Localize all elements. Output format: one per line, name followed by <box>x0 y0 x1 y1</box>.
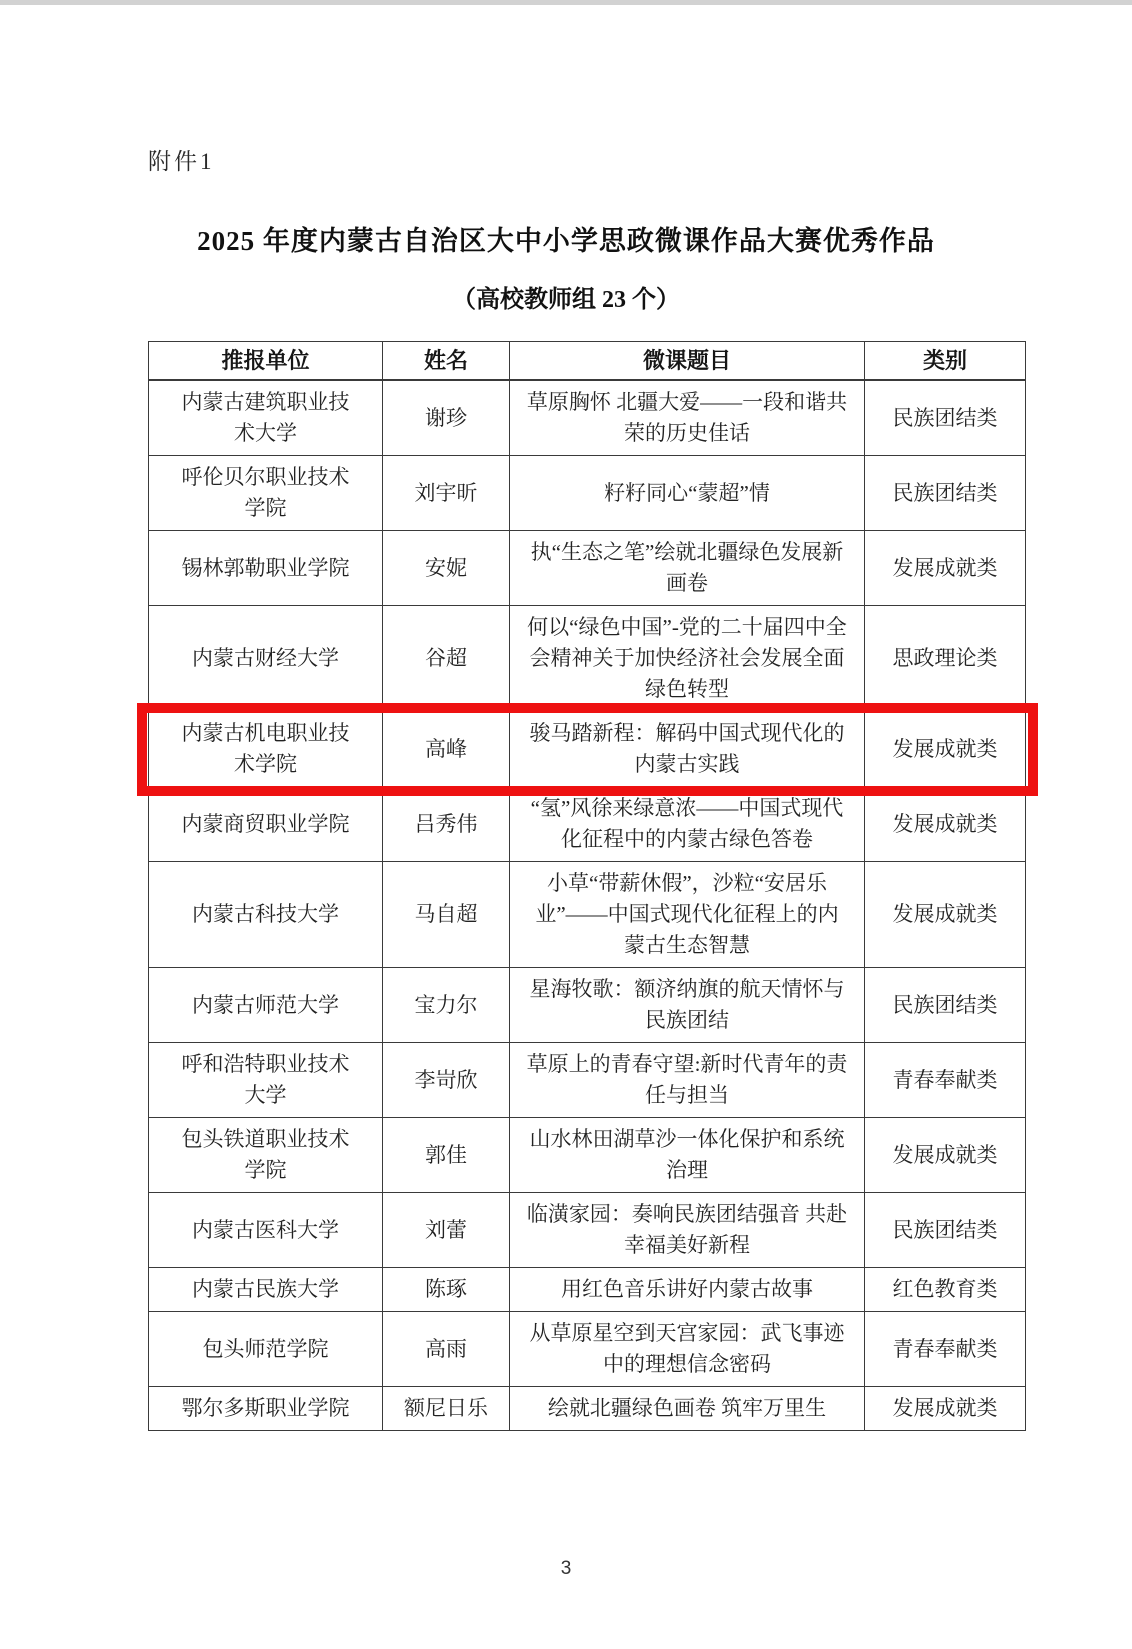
table-row: 包头铁道职业技术学院郭佳山水林田湖草沙一体化保护和系统治理发展成就类 <box>149 1118 1026 1193</box>
category-cell: 青春奉献类 <box>865 1312 1026 1387</box>
unit-cell: 包头师范学院 <box>149 1312 383 1387</box>
title-cell: 从草原星空到天宫家园：武飞事迹中的理想信念密码 <box>510 1312 865 1387</box>
unit-cell: 内蒙古科技大学 <box>149 862 383 968</box>
unit-cell: 锡林郭勒职业学院 <box>149 531 383 606</box>
name-cell: 刘蕾 <box>383 1193 510 1268</box>
category-cell: 青春奉献类 <box>865 1043 1026 1118</box>
unit-cell: 内蒙古机电职业技术学院 <box>149 712 383 787</box>
unit-cell: 鄂尔多斯职业学院 <box>149 1387 383 1431</box>
category-cell: 民族团结类 <box>865 380 1026 456</box>
unit-cell: 呼伦贝尔职业技术学院 <box>149 456 383 531</box>
award-table: 推报单位姓名微课题目类别 内蒙古建筑职业技术大学谢珍草原胸怀 北疆大爱——一段和… <box>148 341 1026 1431</box>
category-cell: 发展成就类 <box>865 712 1026 787</box>
header-row: 推报单位姓名微课题目类别 <box>149 342 1026 381</box>
name-cell: 马自超 <box>383 862 510 968</box>
category-cell: 民族团结类 <box>865 456 1026 531</box>
table-row: 内蒙商贸职业学院吕秀伟“氢”风徐来绿意浓——中国式现代化征程中的内蒙古绿色答卷发… <box>149 787 1026 862</box>
unit-cell: 呼和浩特职业技术大学 <box>149 1043 383 1118</box>
table-row: 内蒙古师范大学宝力尔星海牧歌：额济纳旗的航天情怀与民族团结民族团结类 <box>149 968 1026 1043</box>
unit-cell: 内蒙古财经大学 <box>149 606 383 712</box>
title-cell: 山水林田湖草沙一体化保护和系统治理 <box>510 1118 865 1193</box>
unit-cell: 内蒙商贸职业学院 <box>149 787 383 862</box>
title-cell: 执“生态之笔”绘就北疆绿色发展新画卷 <box>510 531 865 606</box>
category-cell: 发展成就类 <box>865 1118 1026 1193</box>
table-row: 内蒙古机电职业技术学院高峰骏马踏新程：解码中国式现代化的内蒙古实践发展成就类 <box>149 712 1026 787</box>
table-row: 内蒙古财经大学谷超何以“绿色中国”-党的二十届四中全会精神关于加快经济社会发展全… <box>149 606 1026 712</box>
name-cell: 安妮 <box>383 531 510 606</box>
category-cell: 发展成就类 <box>865 787 1026 862</box>
table-row: 内蒙古民族大学陈琢用红色音乐讲好内蒙古故事红色教育类 <box>149 1268 1026 1312</box>
table-row: 锡林郭勒职业学院安妮执“生态之笔”绘就北疆绿色发展新画卷发展成就类 <box>149 531 1026 606</box>
title-cell: 籽籽同心“蒙超”情 <box>510 456 865 531</box>
title-cell: 何以“绿色中国”-党的二十届四中全会精神关于加快经济社会发展全面绿色转型 <box>510 606 865 712</box>
category-cell: 民族团结类 <box>865 1193 1026 1268</box>
category-cell: 红色教育类 <box>865 1268 1026 1312</box>
col-header-name: 姓名 <box>383 342 510 381</box>
title-cell: 小草“带薪休假”，沙粒“安居乐业”——中国式现代化征程上的内蒙古生态智慧 <box>510 862 865 968</box>
category-cell: 思政理论类 <box>865 606 1026 712</box>
table-row: 呼伦贝尔职业技术学院刘宇昕籽籽同心“蒙超”情民族团结类 <box>149 456 1026 531</box>
name-cell: 李岢欣 <box>383 1043 510 1118</box>
title-cell: 用红色音乐讲好内蒙古故事 <box>510 1268 865 1312</box>
category-cell: 发展成就类 <box>865 1387 1026 1431</box>
col-header-unit: 推报单位 <box>149 342 383 381</box>
document-subtitle: （高校教师组 23 个） <box>0 279 1132 314</box>
title-cell: 草原上的青春守望:新时代青年的责任与担当 <box>510 1043 865 1118</box>
title-cell: 星海牧歌：额济纳旗的航天情怀与民族团结 <box>510 968 865 1043</box>
table-row: 内蒙古科技大学马自超小草“带薪休假”，沙粒“安居乐业”——中国式现代化征程上的内… <box>149 862 1026 968</box>
title-cell: “氢”风徐来绿意浓——中国式现代化征程中的内蒙古绿色答卷 <box>510 787 865 862</box>
category-cell: 发展成就类 <box>865 862 1026 968</box>
name-cell: 谢珍 <box>383 380 510 456</box>
name-cell: 吕秀伟 <box>383 787 510 862</box>
table-row: 内蒙古医科大学刘蕾临潢家园：奏响民族团结强音 共赴幸福美好新程民族团结类 <box>149 1193 1026 1268</box>
name-cell: 陈琢 <box>383 1268 510 1312</box>
name-cell: 高峰 <box>383 712 510 787</box>
unit-cell: 包头铁道职业技术学院 <box>149 1118 383 1193</box>
unit-cell: 内蒙古建筑职业技术大学 <box>149 380 383 456</box>
table-row: 呼和浩特职业技术大学李岢欣草原上的青春守望:新时代青年的责任与担当青春奉献类 <box>149 1043 1026 1118</box>
name-cell: 额尼日乐 <box>383 1387 510 1431</box>
name-cell: 高雨 <box>383 1312 510 1387</box>
award-table-header: 推报单位姓名微课题目类别 <box>149 342 1026 381</box>
title-cell: 草原胸怀 北疆大爱——一段和谐共荣的历史佳话 <box>510 380 865 456</box>
top-edge-strip <box>0 0 1132 5</box>
title-cell: 骏马踏新程：解码中国式现代化的内蒙古实践 <box>510 712 865 787</box>
category-cell: 发展成就类 <box>865 531 1026 606</box>
name-cell: 郭佳 <box>383 1118 510 1193</box>
name-cell: 刘宇昕 <box>383 456 510 531</box>
table-row: 鄂尔多斯职业学院额尼日乐绘就北疆绿色画卷 筑牢万里生发展成就类 <box>149 1387 1026 1431</box>
unit-cell: 内蒙古民族大学 <box>149 1268 383 1312</box>
unit-cell: 内蒙古医科大学 <box>149 1193 383 1268</box>
table-row: 内蒙古建筑职业技术大学谢珍草原胸怀 北疆大爱——一段和谐共荣的历史佳话民族团结类 <box>149 380 1026 456</box>
col-header-category: 类别 <box>865 342 1026 381</box>
name-cell: 谷超 <box>383 606 510 712</box>
table-row: 包头师范学院高雨从草原星空到天宫家园：武飞事迹中的理想信念密码青春奉献类 <box>149 1312 1026 1387</box>
col-header-title: 微课题目 <box>510 342 865 381</box>
unit-cell: 内蒙古师范大学 <box>149 968 383 1043</box>
title-cell: 临潢家园：奏响民族团结强音 共赴幸福美好新程 <box>510 1193 865 1268</box>
award-table-body: 内蒙古建筑职业技术大学谢珍草原胸怀 北疆大爱——一段和谐共荣的历史佳话民族团结类… <box>149 380 1026 1431</box>
title-cell: 绘就北疆绿色画卷 筑牢万里生 <box>510 1387 865 1431</box>
attachment-label: 附件1 <box>148 143 215 176</box>
page-number: 3 <box>0 1558 1132 1580</box>
name-cell: 宝力尔 <box>383 968 510 1043</box>
category-cell: 民族团结类 <box>865 968 1026 1043</box>
document-title: 2025 年度内蒙古自治区大中小学思政微课作品大赛优秀作品 <box>0 219 1132 258</box>
